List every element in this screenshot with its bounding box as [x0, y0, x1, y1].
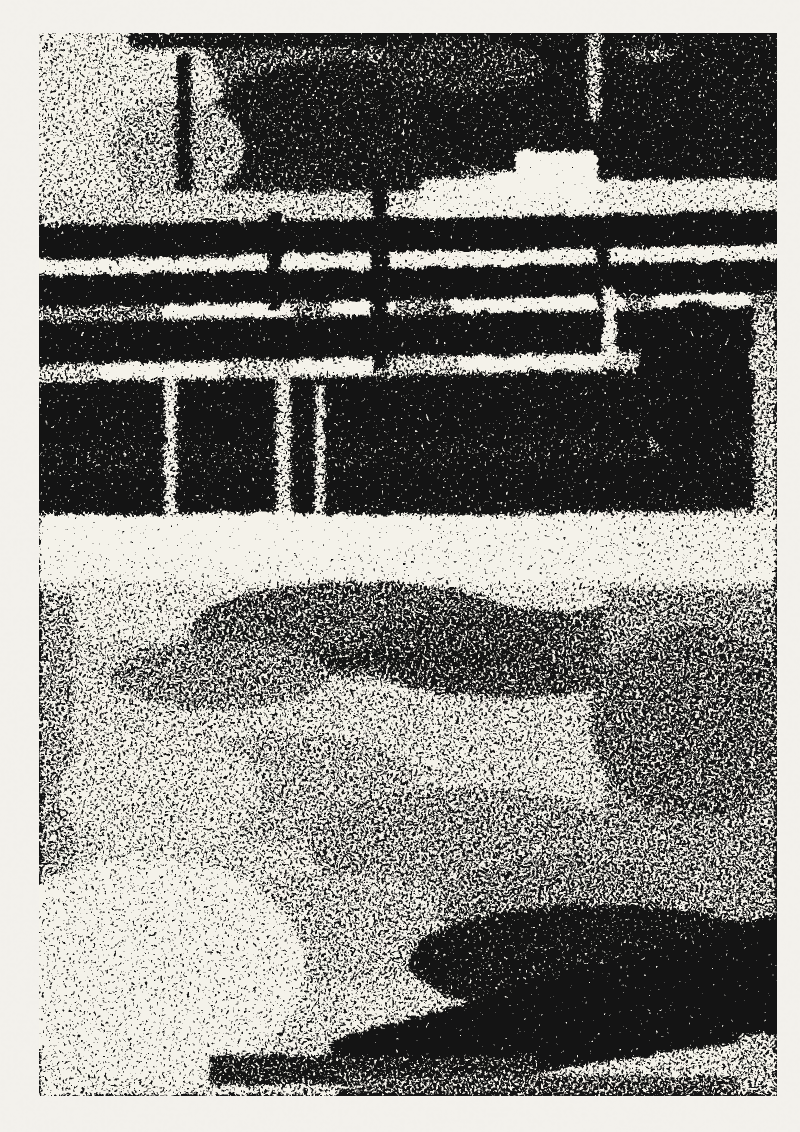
paper-page: { "figure": { "alt": "Black-and-white st…: [0, 0, 800, 1132]
dark-bush: [638, 301, 750, 461]
stipple-canvas: [39, 33, 777, 1096]
stippled-photograph: [39, 33, 777, 1096]
tree-trunk-center: [372, 183, 388, 371]
roof-line: [694, 155, 776, 166]
path: [39, 513, 777, 585]
canopy-light-gap: [587, 33, 601, 121]
